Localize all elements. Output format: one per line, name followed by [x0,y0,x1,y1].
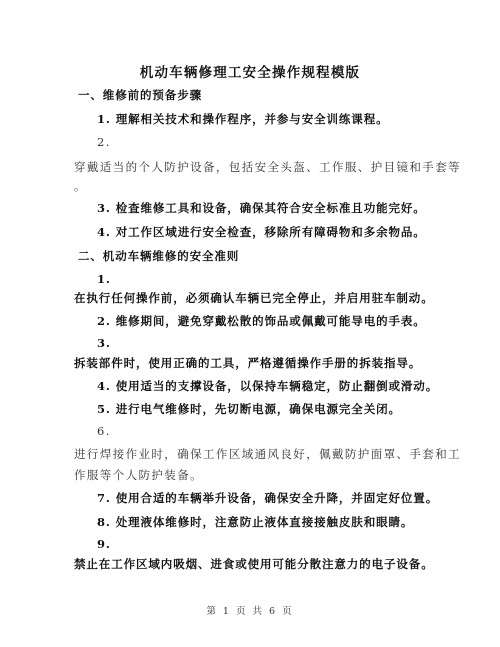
list-item-text-cont: 作服等个人防护装备。 [74,467,203,483]
list-item-text: 在执行任何操作前，必须确认车辆已完全停止，并启用驻车制动。 [74,290,434,306]
document-title: 机动车辆修理工安全操作规程模版 [0,61,500,81]
list-item-number: 3. [97,336,111,350]
list-item-number: 2. [97,135,111,149]
list-item-text: 进行焊接作业时，确保工作区域通风良好，佩戴防护面罩、手套和工 [74,446,461,462]
page-number-footer: 第 1 页 共 6 页 [0,603,500,617]
list-item: 1. 理解相关技术和操作程序，并参与安全训练课程。 [97,111,389,127]
list-item: 8. 处理液体维修时，注意防止液体直接接触皮肤和眼睛。 [97,514,413,530]
list-item: 7. 使用合适的车辆举升设备，确保安全升降，并固定好位置。 [97,490,438,506]
list-item: 5. 进行电气维修时，先切断电源，确保电源完全关闭。 [97,401,401,417]
list-item: 3. 检查维修工具和设备，确保其符合安全标准且功能完好。 [97,200,426,216]
list-item-text: 禁止在工作区域内吸烟、进食或使用可能分散注意力的电子设备。 [74,556,434,572]
list-item-number: 1. [97,272,111,286]
list-item-text: 拆装部件时，使用正确的工具，严格遵循操作手册的拆装指导。 [74,355,421,371]
section-heading-2: 二、机动车辆维修的安全准则 [78,248,239,264]
list-item: 4. 对工作区域进行安全检查，移除所有障碍物和多余物品。 [97,224,426,240]
list-item-number: 6. [97,424,111,438]
section-heading-1: 一、维修前的预备步骤 [78,87,202,103]
list-item-text: 穿戴适当的个人防护设备，包括安全头盔、工作服、护目镜和手套等 [74,159,461,175]
list-item: 4. 使用适当的支撑设备，以保持车辆稳定，防止翻倒或滑动。 [97,378,438,394]
list-item: 2. 维修期间，避免穿戴松散的饰品或佩戴可能导电的手表。 [97,313,426,329]
list-item-text-cont: 。 [74,178,87,194]
document-page: 机动车辆修理工安全操作规程模版 一、维修前的预备步骤 1. 理解相关技术和操作程… [0,0,500,647]
list-item-number: 9. [97,537,111,551]
